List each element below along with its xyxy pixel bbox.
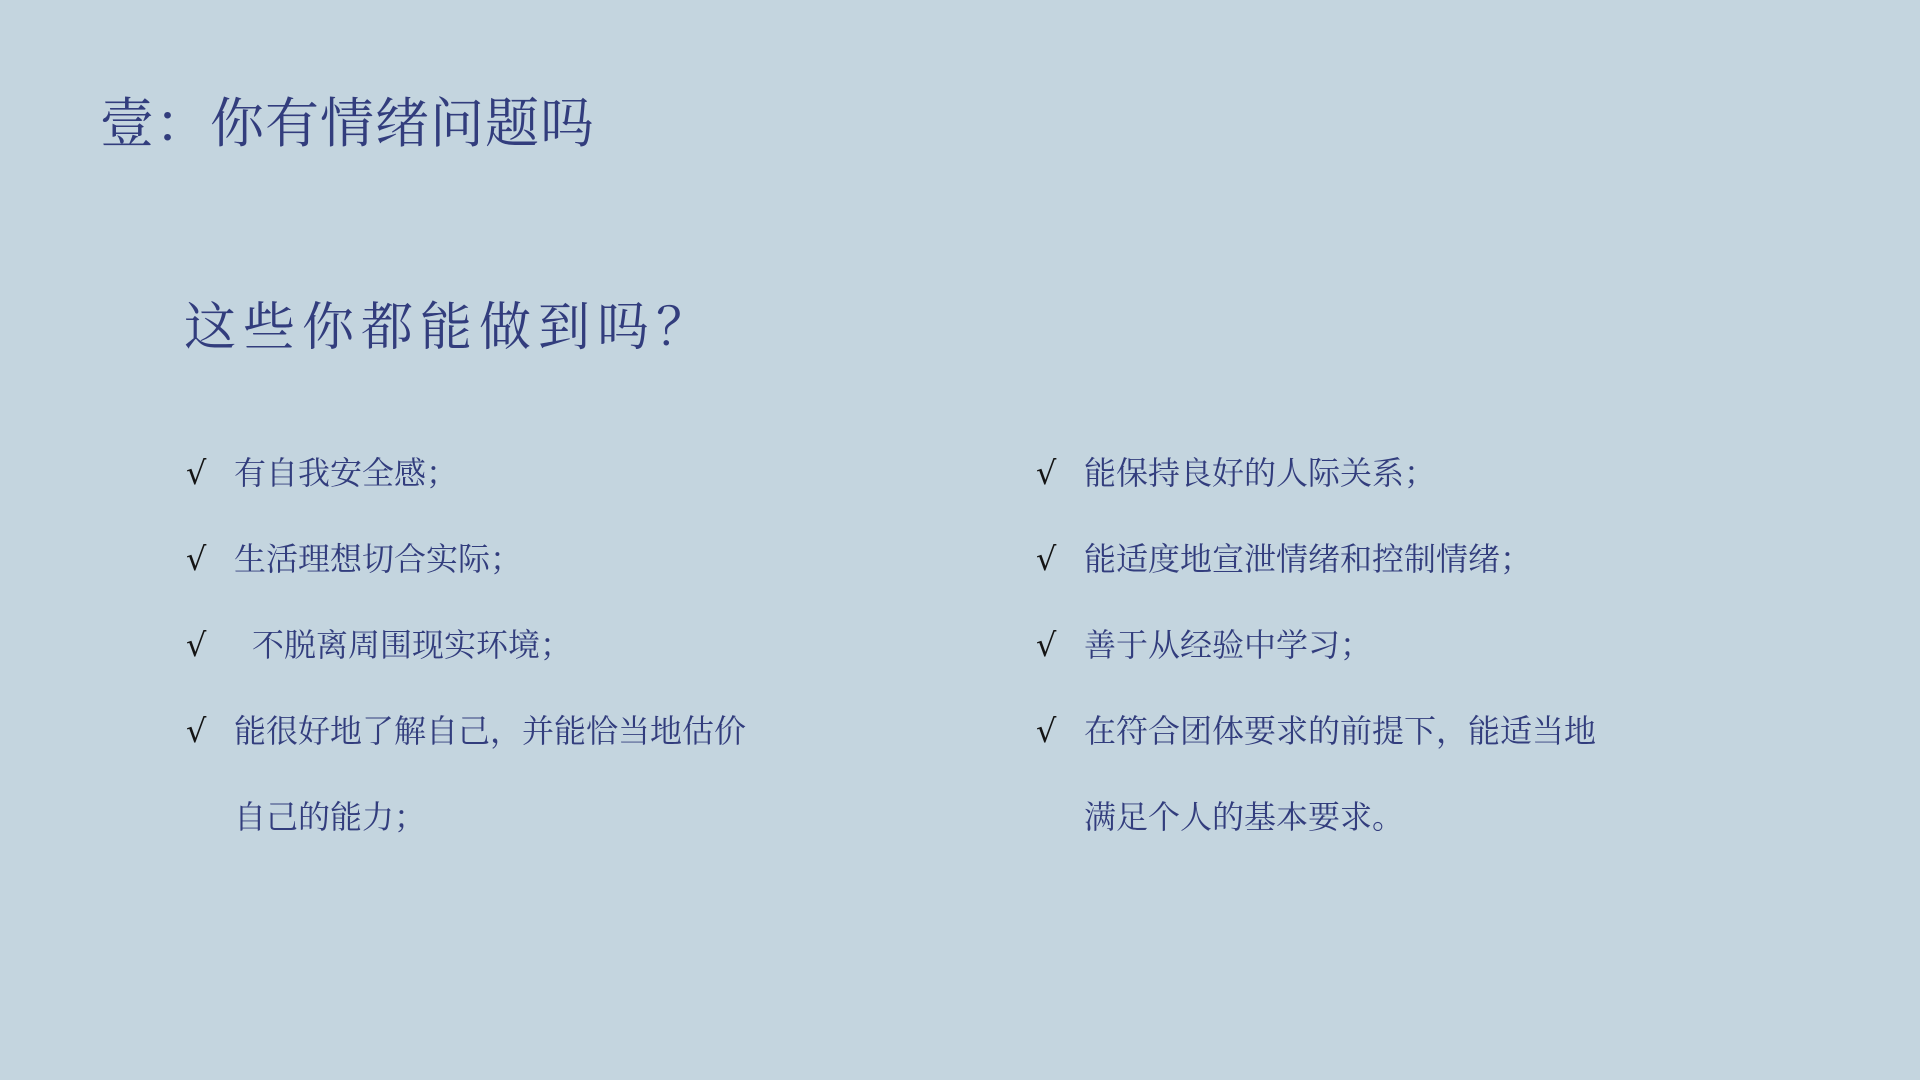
checklist-item: √ 能适度地宣泄情绪和控制情绪； [1036,516,1796,602]
check-icon: √ [1036,516,1066,602]
item-text: 能很好地了解自己，并能恰当地估价 [234,688,946,774]
item-text-continued: 自己的能力； [234,774,946,860]
item-text-continued: 满足个人的基本要求。 [1084,774,1796,860]
item-text: 善于从经验中学习； [1084,602,1796,688]
check-icon: √ [1036,688,1066,774]
check-icon: √ [186,602,216,688]
checklist-item: √ 能很好地了解自己，并能恰当地估价 自己的能力； [186,688,946,860]
slide-title: 壹：你有情绪问题吗 [100,92,595,156]
checklist-item: √ 在符合团体要求的前提下，能适当地 满足个人的基本要求。 [1036,688,1796,860]
item-text: 不脱离周围现实环境； [234,602,946,688]
checklist-item: √ 生活理想切合实际； [186,516,946,602]
item-text: 生活理想切合实际； [234,516,946,602]
checklist-item: √ 善于从经验中学习； [1036,602,1796,688]
item-text: 能适度地宣泄情绪和控制情绪； [1084,516,1796,602]
checklist-item: √ 有自我安全感； [186,430,946,516]
checklist-item: √ 能保持良好的人际关系； [1036,430,1796,516]
check-icon: √ [1036,430,1066,516]
check-icon: √ [186,430,216,516]
item-text: 在符合团体要求的前提下，能适当地 [1084,688,1796,774]
item-text: 有自我安全感； [234,430,946,516]
check-icon: √ [186,516,216,602]
check-icon: √ [1036,602,1066,688]
right-checklist: √ 能保持良好的人际关系； √ 能适度地宣泄情绪和控制情绪； √ 善于从经验中学… [1036,430,1796,860]
item-text: 能保持良好的人际关系； [1084,430,1796,516]
checklist-item: √ 不脱离周围现实环境； [186,602,946,688]
check-icon: √ [186,688,216,774]
slide-subtitle: 这些你都能做到吗？ [184,297,715,359]
left-checklist: √ 有自我安全感； √ 生活理想切合实际； √ 不脱离周围现实环境； √ 能很好… [186,430,946,860]
